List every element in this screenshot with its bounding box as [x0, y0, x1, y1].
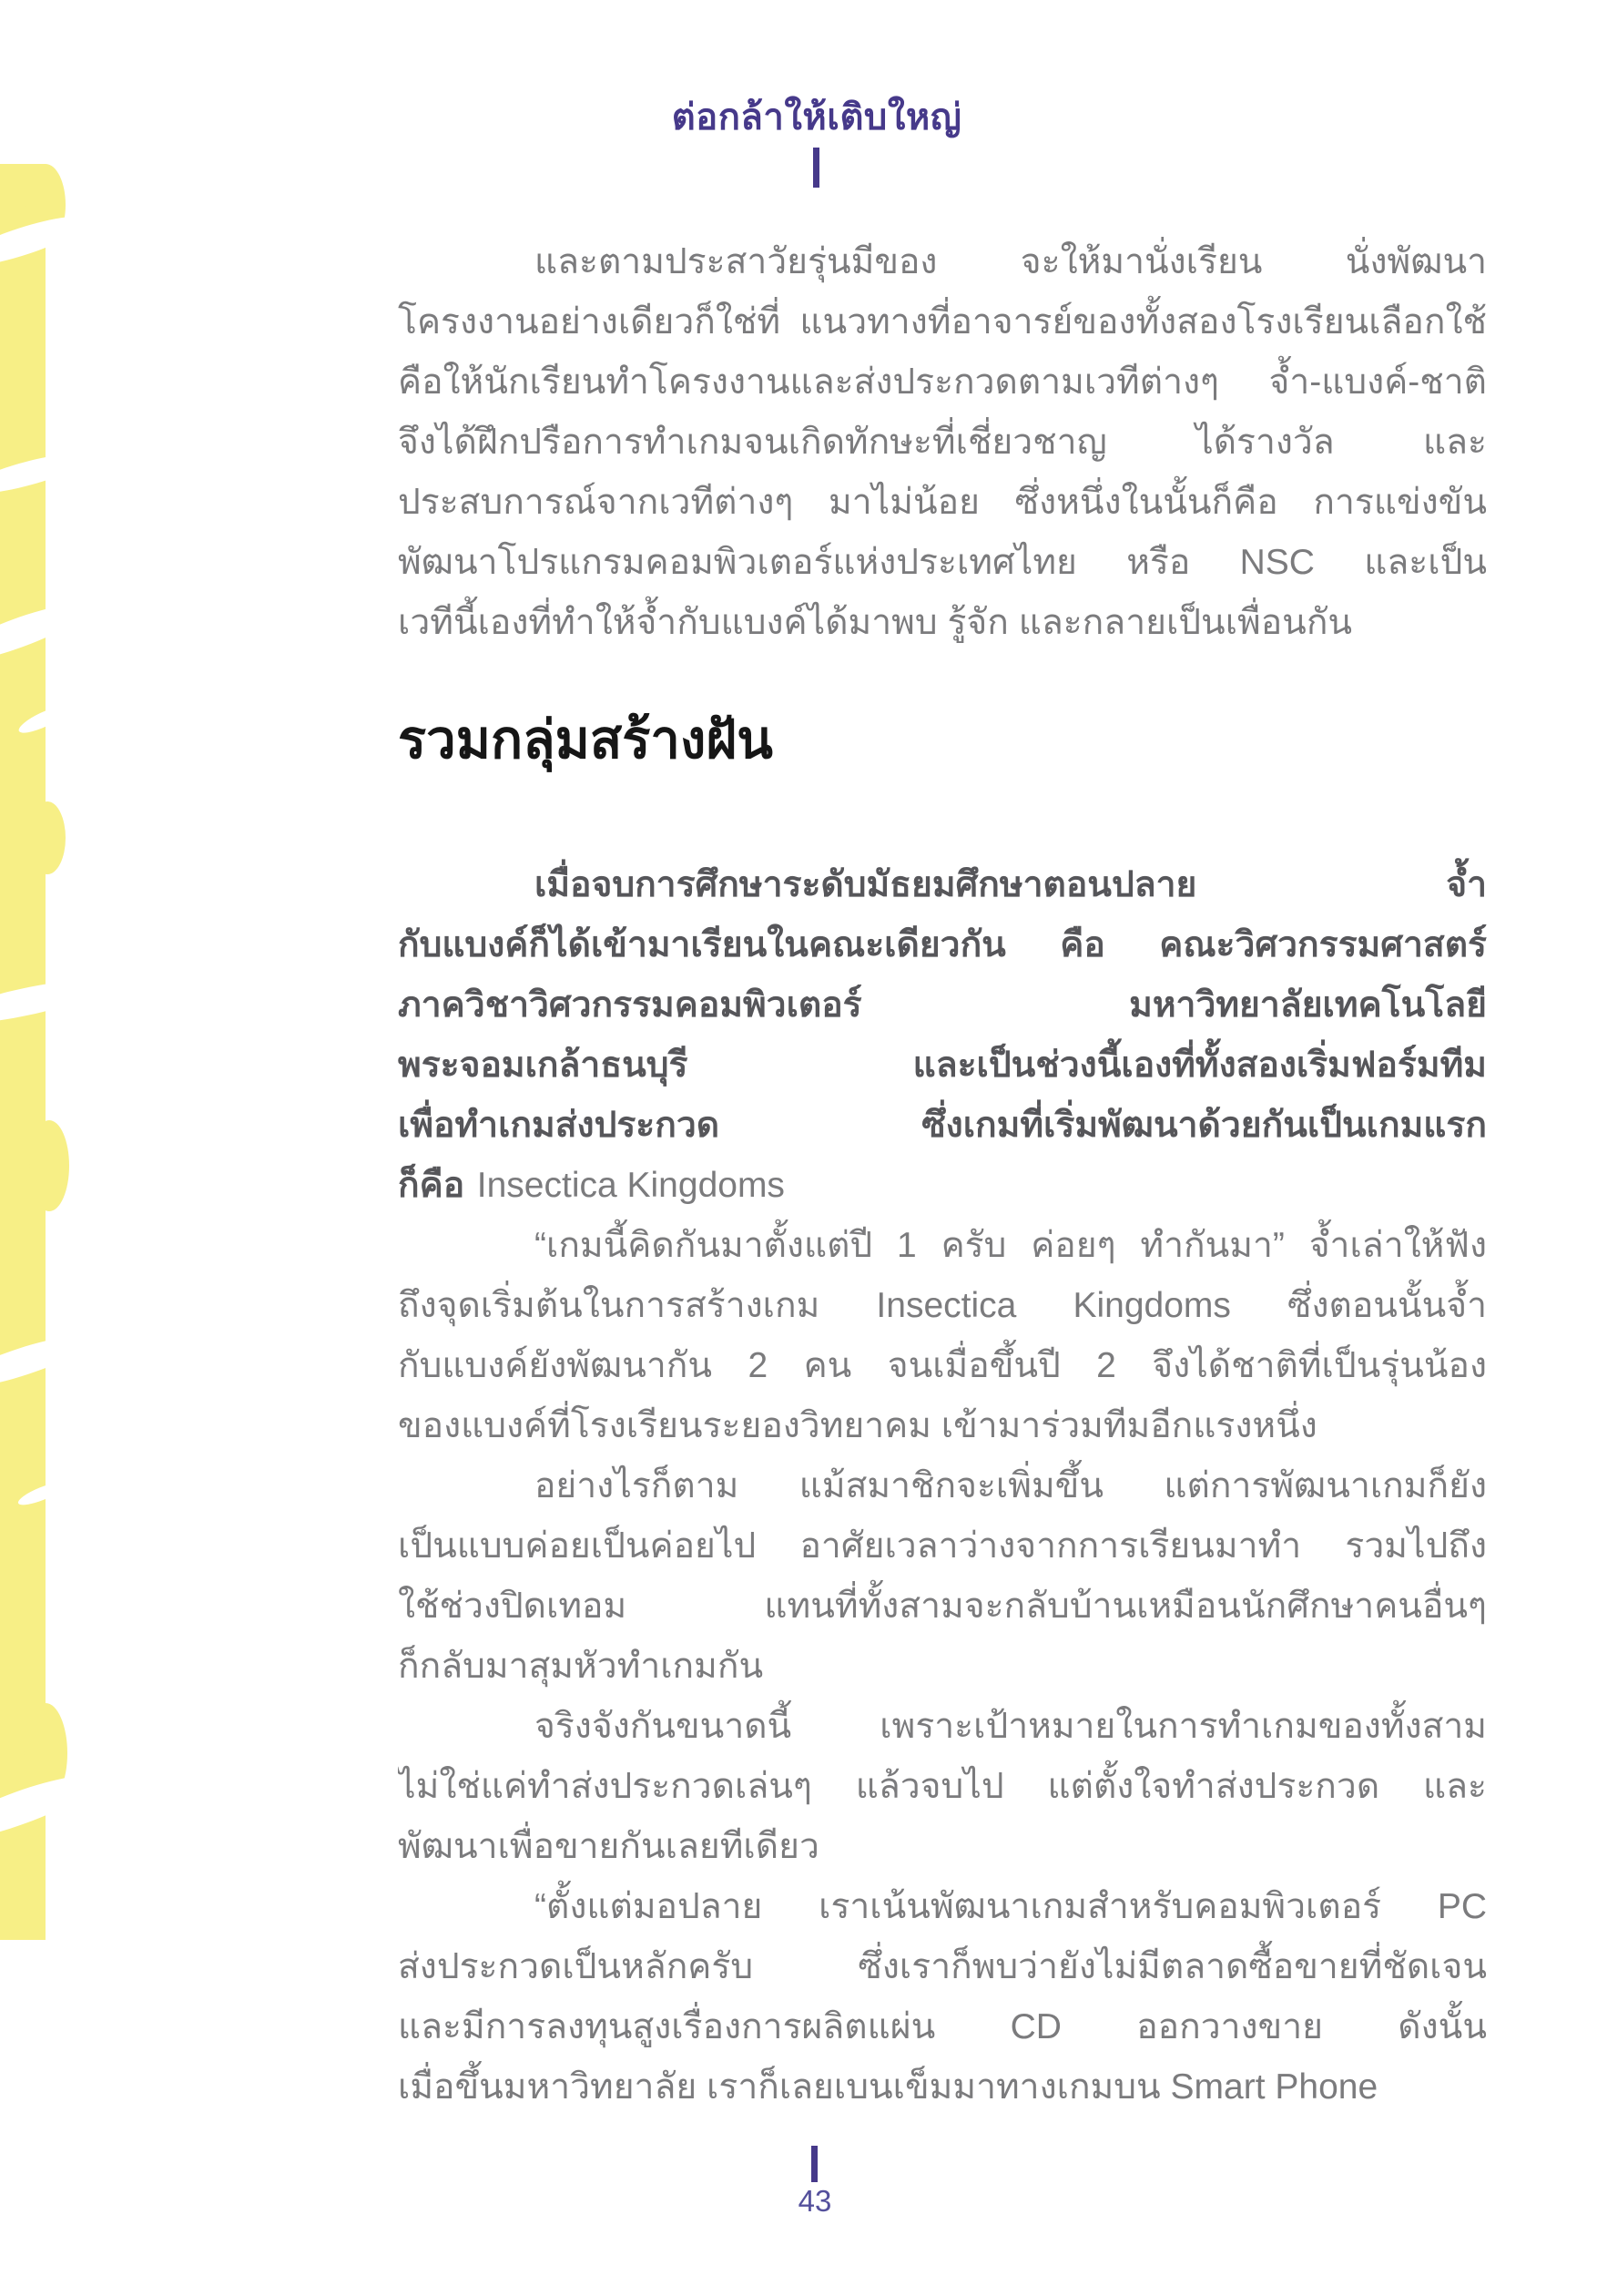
body-paragraph: จริงจังกันขนาดนี้ เพราะเป้าหมายในการทำเก…: [398, 1697, 1487, 1877]
text-line: ไม่ใช่แค่ทำส่งประกวดเล่นๆ แล้วจบไป แต่ตั…: [398, 1757, 1487, 1817]
yellow-strip-decoration: [0, 137, 82, 1967]
page-number: 43: [0, 2184, 1597, 2219]
text-line: ก็คือInsectica Kingdoms: [398, 1156, 1487, 1216]
footer-divider-bar: [811, 2146, 818, 2182]
text-line: “เกมนี้คิดกันมาตั้งแต่ปี 1 ครับ ค่อยๆ ทำ…: [398, 1216, 1487, 1276]
body-paragraph: อย่างไรก็ตาม แม้สมาชิกจะเพิ่มขึ้น แต่การ…: [398, 1456, 1487, 1697]
text-line: โครงงานอย่างเดียวก็ใช่ที่ แนวทางที่อาจาร…: [398, 292, 1487, 352]
bold-paragraph: เมื่อจบการศึกษาระดับมัธยมศึกษาตอนปลาย จ้…: [398, 855, 1487, 1216]
text-line: อย่างไรก็ตาม แม้สมาชิกจะเพิ่มขึ้น แต่การ…: [398, 1456, 1487, 1516]
quote-paragraph: “ตั้งแต่มอปลาย เราเน้นพัฒนาเกมสำหรับคอมพ…: [398, 1877, 1487, 2117]
text-line: ภาควิชาวิศวกรรมคอมพิวเตอร์ มหาวิทยาลัยเท…: [398, 975, 1487, 1036]
book-page: ต่อกล้าให้เติบใหญ่ และตามประสาวัยรุ่นมีข…: [0, 0, 1597, 2296]
text-line: ก็กลับมาสุมหัวทำเกมกัน: [398, 1637, 1487, 1697]
header-divider-bar: [813, 148, 819, 188]
text-line: พัฒนาโปรแกรมคอมพิวเตอร์แห่งประเทศไทย หรื…: [398, 533, 1487, 593]
text-line: คือให้นักเรียนทำโครงงานและส่งประกวดตามเว…: [398, 352, 1487, 413]
text-line: “ตั้งแต่มอปลาย เราเน้นพัฒนาเกมสำหรับคอมพ…: [398, 1877, 1487, 1937]
text-line: พระจอมเกล้าธนบุรี และเป็นช่วงนี้เองที่ทั…: [398, 1036, 1487, 1096]
section-heading: รวมกลุ่มสร้างฝัน: [398, 695, 1487, 786]
text-line: จึงได้ฝึกปรือการทำเกมจนเกิดทักษะที่เชี่ย…: [398, 413, 1487, 473]
text-line: กับแบงค์ก็ได้เข้ามาเรียนในคณะเดียวกัน คื…: [398, 915, 1487, 975]
text-line: จริงจังกันขนาดนี้ เพราะเป้าหมายในการทำเก…: [398, 1697, 1487, 1757]
text-line: เป็นแบบค่อยเป็นค่อยไป อาศัยเวลาว่างจากกา…: [398, 1516, 1487, 1577]
text-line: และตามประสาวัยรุ่นมีของ จะให้มานั่งเรียน…: [398, 232, 1487, 292]
game-title-text: Insectica Kingdoms: [477, 1166, 785, 1205]
text-line: เวทีนี้เองที่ทำให้จ้ำกับแบงค์ได้มาพบ รู้…: [398, 593, 1487, 653]
text-line: ใช้ช่วงปิดเทอม แทนที่ทั้งสามจะกลับบ้านเห…: [398, 1577, 1487, 1637]
running-head-title: ต่อกล้าให้เติบใหญ่: [0, 87, 1597, 146]
bold-lead-in: ก็คือ: [398, 1166, 464, 1205]
text-line: เพื่อทำเกมส่งประกวด ซึ่งเกมที่เริ่มพัฒนา…: [398, 1096, 1487, 1156]
text-line: เมื่อจบการศึกษาระดับมัธยมศึกษาตอนปลาย จ้…: [398, 855, 1487, 915]
intro-paragraph: และตามประสาวัยรุ่นมีของ จะให้มานั่งเรียน…: [398, 232, 1487, 653]
text-line: พัฒนาเพื่อขายกันเลยทีเดียว: [398, 1817, 1487, 1877]
quote-paragraph: “เกมนี้คิดกันมาตั้งแต่ปี 1 ครับ ค่อยๆ ทำ…: [398, 1216, 1487, 1456]
text-line: ของแบงค์ที่โรงเรียนระยองวิทยาคม เข้ามาร่…: [398, 1396, 1487, 1456]
text-line: กับแบงค์ยังพัฒนากัน 2 คน จนเมื่อขึ้นปี 2…: [398, 1336, 1487, 1396]
text-column: และตามประสาวัยรุ่นมีของ จะให้มานั่งเรียน…: [398, 232, 1487, 2117]
text-line: ส่งประกวดเป็นหลักครับ ซึ่งเราก็พบว่ายังไ…: [398, 1937, 1487, 1997]
text-line: ประสบการณ์จากเวทีต่างๆ มาไม่น้อย ซึ่งหนึ…: [398, 473, 1487, 533]
text-line: ถึงจุดเริ่มต้นในการสร้างเกม Insectica Ki…: [398, 1276, 1487, 1336]
text-line: เมื่อขึ้นมหาวิทยาลัย เราก็เลยเบนเข็มมาทา…: [398, 2057, 1487, 2117]
text-line: และมีการลงทุนสูงเรื่องการผลิตแผ่น CD ออก…: [398, 1997, 1487, 2057]
